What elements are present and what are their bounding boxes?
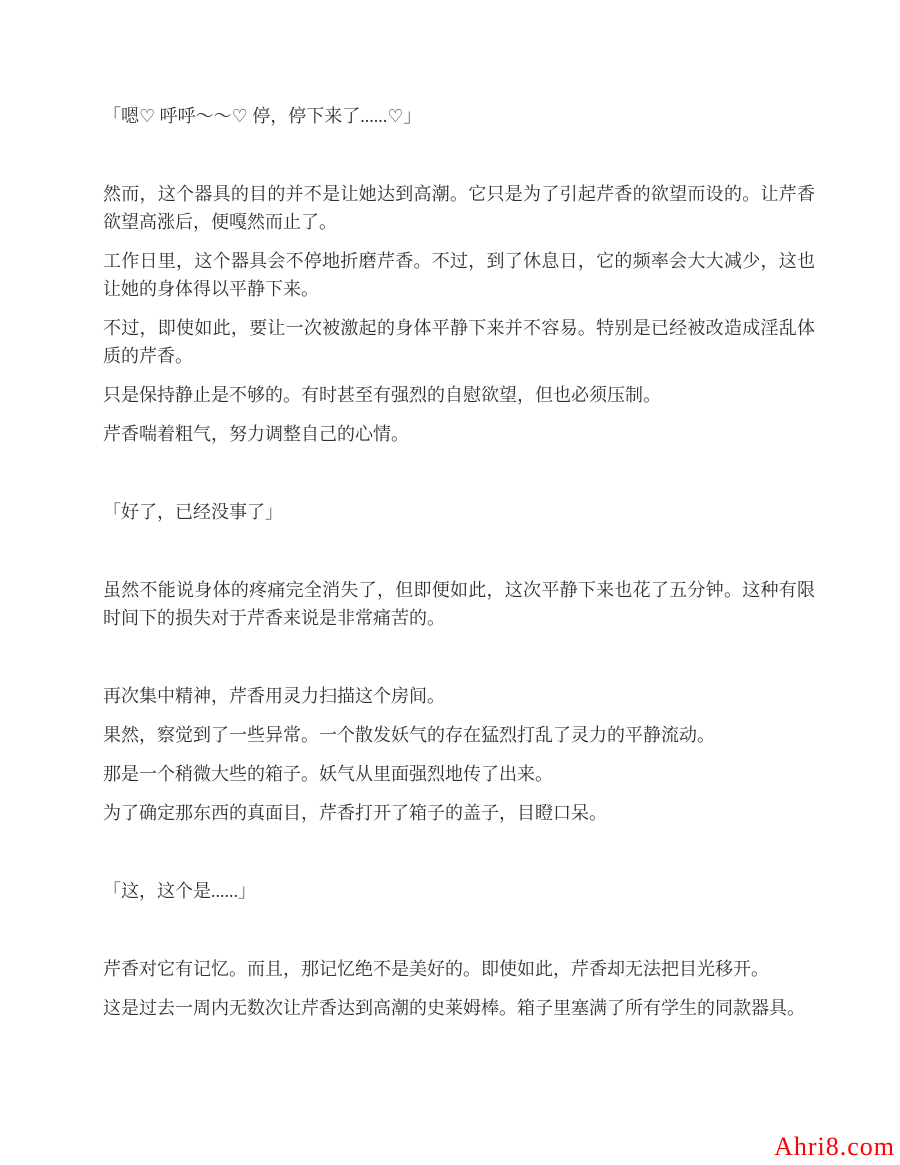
paragraph: 然而，这个器具的目的并不是让她达到高潮。它只是为了引起芹香的欲望而设的。让芹香欲… <box>103 180 815 236</box>
paragraph: 这是过去一周内无数次让芹香达到高潮的史莱姆棒。箱子里塞满了所有学生的同款器具。 <box>103 994 815 1022</box>
paragraph: 芹香对它有记忆。而且，那记忆绝不是美好的。即使如此，芹香却无法把目光移开。 <box>103 955 815 983</box>
paragraph: 果然，察觉到了一些异常。一个散发妖气的存在猛烈打乱了灵力的平静流动。 <box>103 721 815 749</box>
paragraph: 只是保持静止是不够的。有时甚至有强烈的自慰欲望，但也必须压制。 <box>103 381 815 409</box>
dialogue-line: 「好了，已经没事了」 <box>103 498 815 526</box>
dialogue-line: 「这，这个是......」 <box>103 877 815 905</box>
dialogue-line: 「嗯♡ 呼呼～～♡ 停，停下来了......♡」 <box>103 102 815 130</box>
novel-text-content: 「嗯♡ 呼呼～～♡ 停，停下来了......♡」然而，这个器具的目的并不是让她达… <box>103 102 815 1033</box>
paragraph: 再次集中精神，芹香用灵力扫描这个房间。 <box>103 682 815 710</box>
paragraph: 工作日里，这个器具会不停地折磨芹香。不过，到了休息日，它的频率会大大减少，这也让… <box>103 247 815 303</box>
paragraph: 虽然不能说身体的疼痛完全消失了，但即便如此，这次平静下来也花了五分钟。这种有限时… <box>103 576 815 632</box>
paragraph: 为了确定那东西的真面目，芹香打开了箱子的盖子，目瞪口呆。 <box>103 799 815 827</box>
paragraph: 那是一个稍微大些的箱子。妖气从里面强烈地传了出来。 <box>103 760 815 788</box>
paragraph: 芹香喘着粗气，努力调整自己的心情。 <box>103 420 815 448</box>
site-watermark: Ahri8.com <box>774 1132 895 1162</box>
document-page: 「嗯♡ 呼呼～～♡ 停，停下来了......♡」然而，这个器具的目的并不是让她达… <box>0 0 900 1165</box>
paragraph: 不过，即使如此，要让一次被激起的身体平静下来并不容易。特别是已经被改造成淫乱体质… <box>103 314 815 370</box>
